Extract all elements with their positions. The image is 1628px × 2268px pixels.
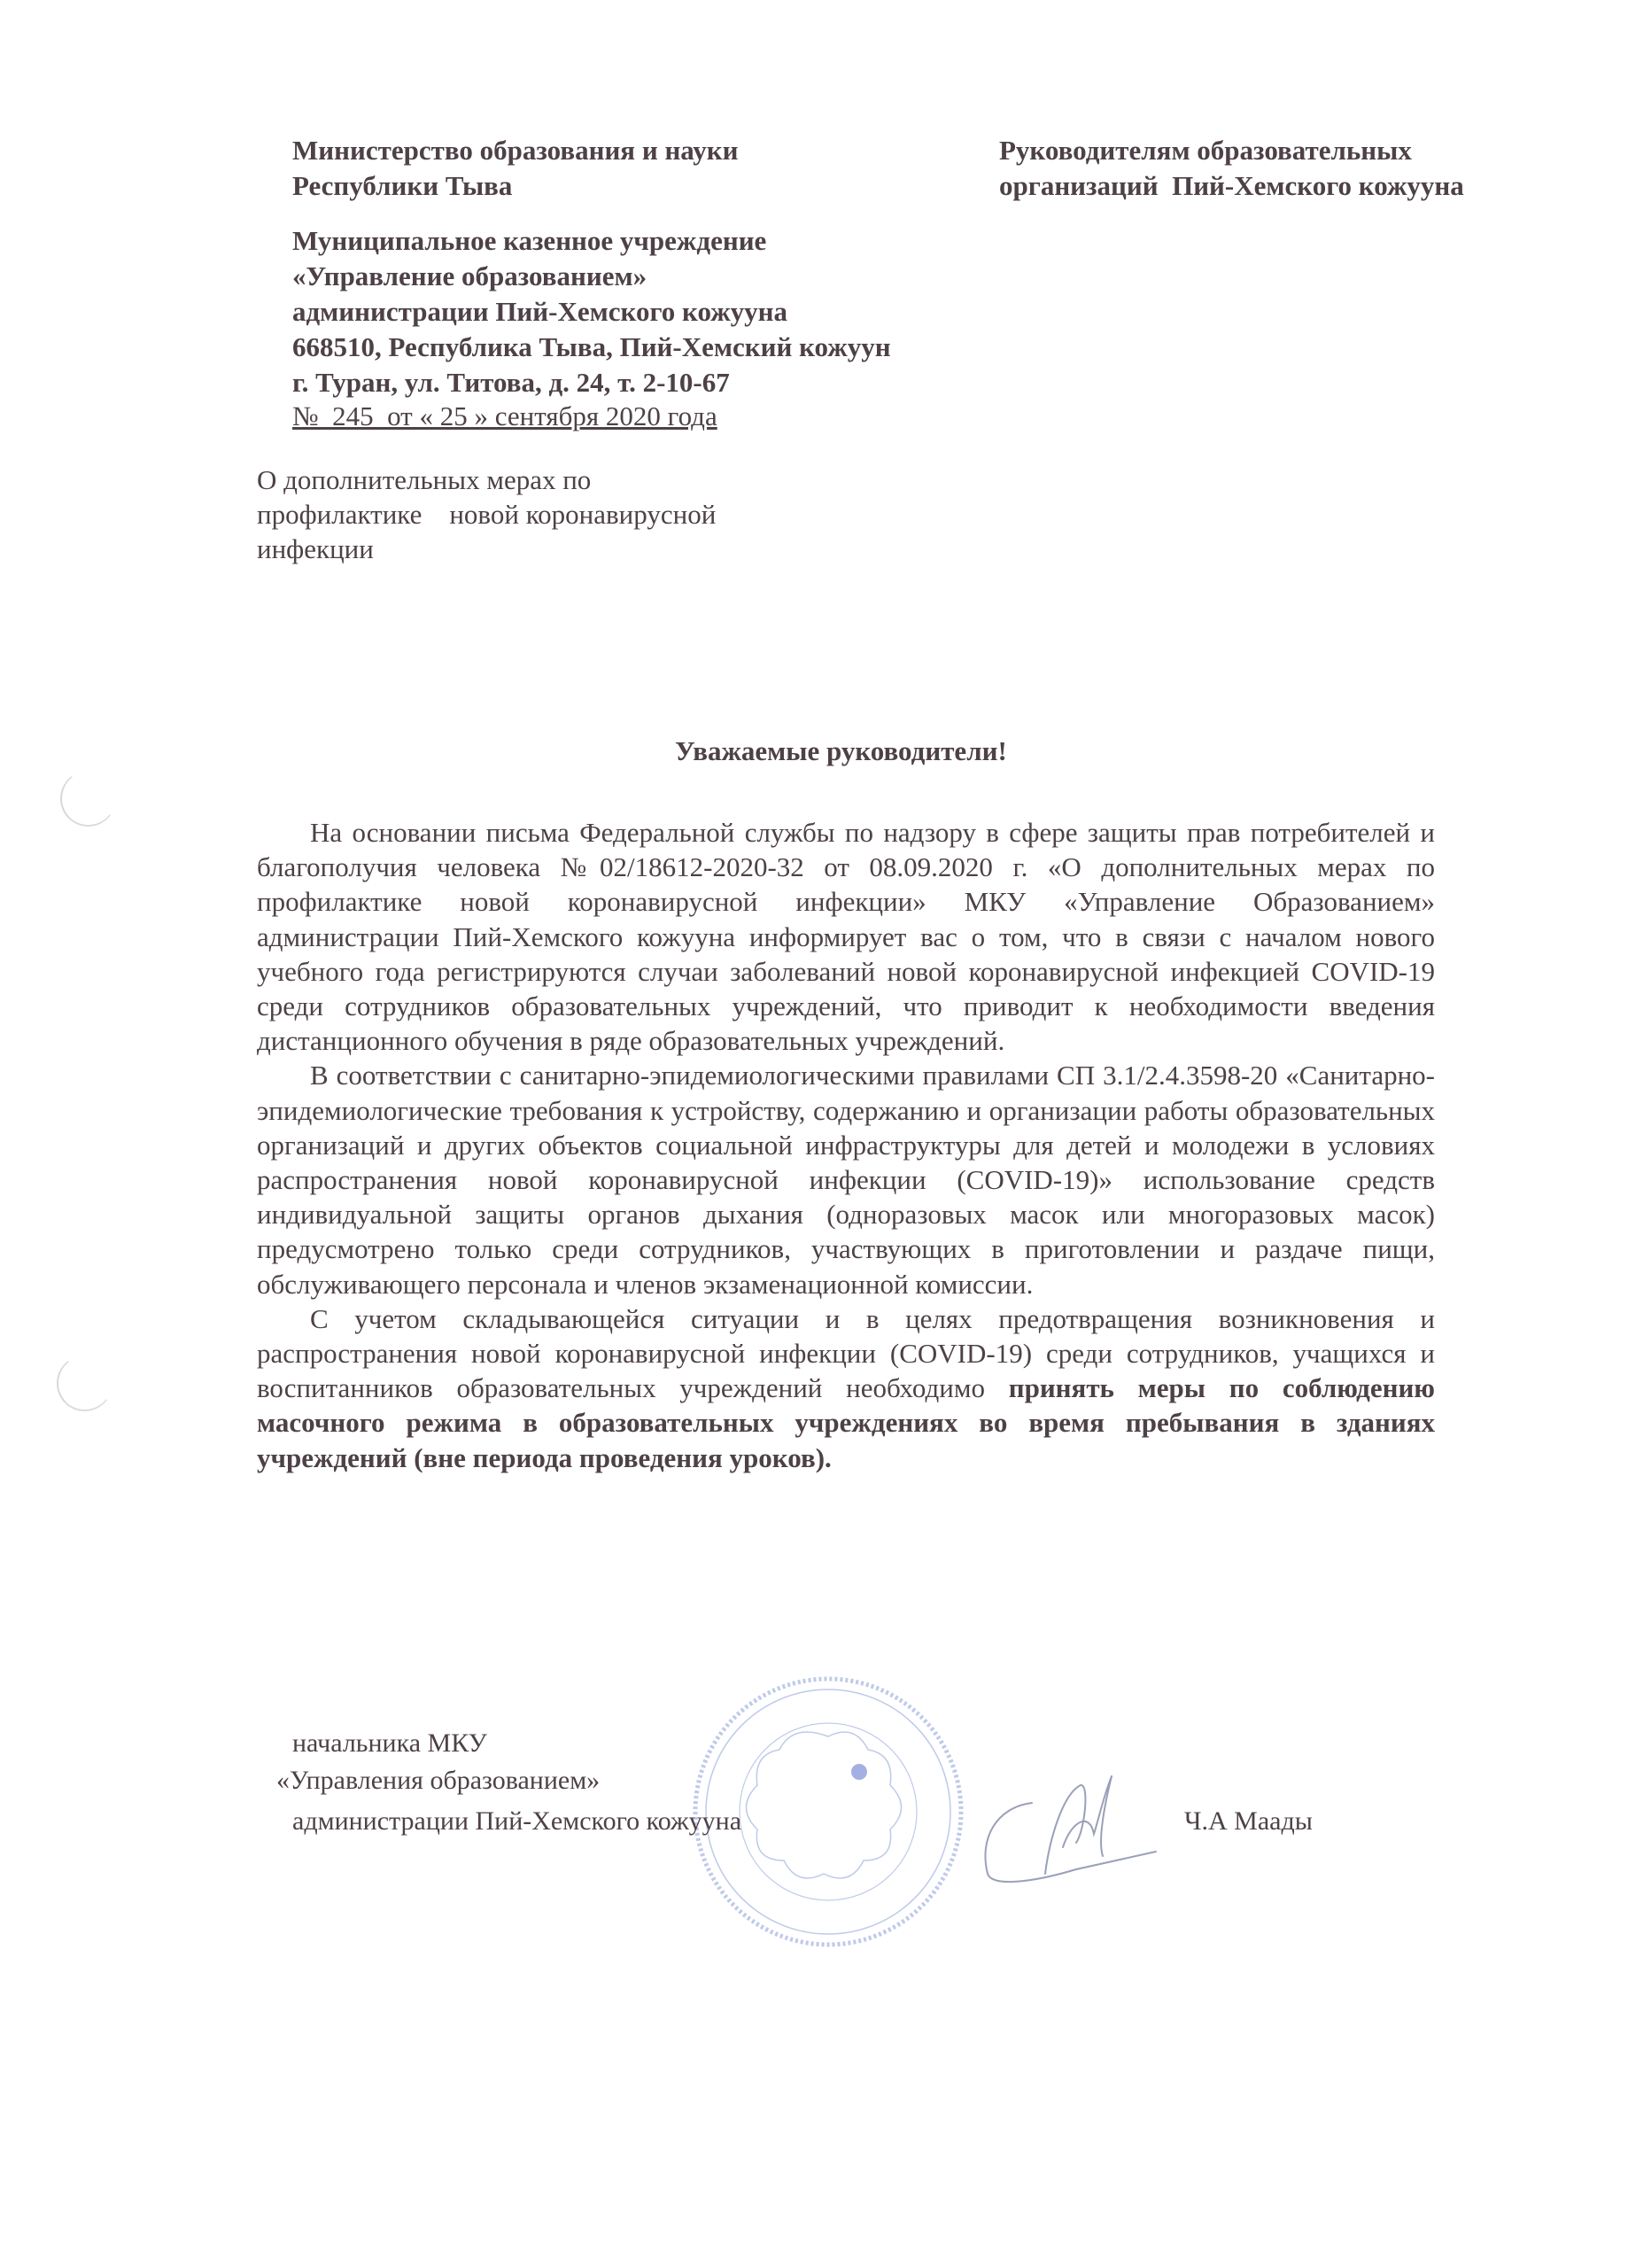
signatory-position: начальника МКУ <box>292 1726 487 1760</box>
greeting: Уважаемые руководители! <box>675 735 1007 767</box>
punch-hole-bottom <box>57 1355 112 1411</box>
signatory-name: Ч.А Маады <box>1184 1804 1313 1838</box>
body-paragraph-2: В соответствии с санитарно-эпидемиологич… <box>257 1058 1435 1301</box>
registration-number: № 245 от « 25 » сентября 2020 года <box>292 399 717 433</box>
signatory-position-cont2: администрации Пий-Хемского кожууна <box>292 1804 741 1838</box>
sender-ministry: Министерство образования и науки Республ… <box>292 133 738 204</box>
recipient-block: Руководителям образовательных организаци… <box>999 133 1464 204</box>
signatory-position-cont: «Управления образованием» <box>276 1763 600 1798</box>
punch-hole-top <box>60 771 116 827</box>
body-paragraph-3: С учетом складывающейся ситуации и в цел… <box>257 1301 1435 1475</box>
letter-body: На основании письма Федеральной службы п… <box>257 815 1435 1475</box>
sender-institution: Муниципальное казенное учреждение «Управ… <box>292 223 891 400</box>
letter-subject: О дополнительных мерах по профилактике н… <box>257 462 716 566</box>
body-paragraph-1: На основании письма Федеральной службы п… <box>257 815 1435 1058</box>
handwritten-signature-icon <box>979 1759 1182 1891</box>
